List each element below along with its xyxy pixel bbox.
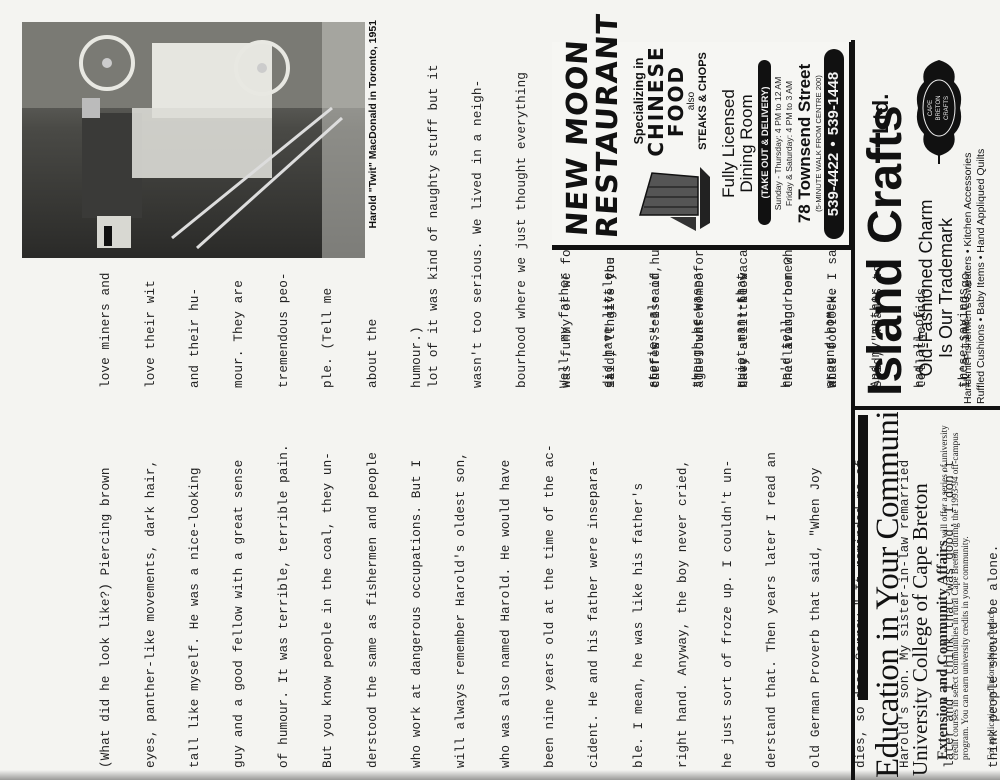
ad-address: 78 Townsend Street xyxy=(795,42,815,245)
ad-specialty: Specializing in CHINESE FOOD also STEAKS… xyxy=(632,45,709,157)
cape-breton-crafts-logo-icon: CAPE BRETON CRAFTS xyxy=(910,52,968,164)
article-column-left: (What did he look like?) Piercing brown … xyxy=(40,398,1000,768)
svg-text:BRETON: BRETON xyxy=(936,96,942,121)
ad-title: Education in Your Community xyxy=(870,412,906,778)
ad-island-crafts: Island Crafts Ltd. Old-Fashioned Charm I… xyxy=(858,44,1000,404)
ad-title-suffix: Ltd. xyxy=(868,94,894,134)
ad-licensed: Fully Licensed Dining Room xyxy=(720,42,756,245)
ad-vertical-divider xyxy=(851,406,1000,410)
chinese-junk-boat-icon xyxy=(630,162,714,237)
ad-phone-badge: 539-4422 • 539-1448 xyxy=(824,49,844,239)
ad-subtitle: University College of Cape Breton xyxy=(908,483,932,776)
ad-tagline: Old-Fashioned Charm Is Our Trademark xyxy=(916,188,956,388)
photo-image xyxy=(22,22,365,258)
ad-title: Island Crafts xyxy=(860,105,912,396)
photo-caption: Harold "Twit" MacDonald in Toronto, 1951 xyxy=(367,20,379,256)
ad-body: Extension and Community Affairs will off… xyxy=(938,420,971,760)
svg-text:CAPE: CAPE xyxy=(928,100,934,116)
ad-walk-note: (5-MINUTE WALK FROM CENTRE 200) xyxy=(814,42,823,245)
scan-edge-shadow xyxy=(0,770,1000,780)
ad-header-bar xyxy=(858,415,868,700)
ad-hours: Sunday - Thursday: 4 PM to 12 AM Friday … xyxy=(773,42,794,245)
ad-product-list: Handknit Fishermen's Sweaters • Kitchen … xyxy=(962,44,988,404)
photo-harold-with-carriage xyxy=(22,22,365,258)
ad-education-uccb: Education in Your Community University C… xyxy=(858,412,1000,780)
newspaper-page: Harold "Twit" MacDonald in Toronto, 1951… xyxy=(0,0,1000,780)
ad-band-divider xyxy=(851,40,855,780)
takeout-badge: (TAKE OUT & DELIVERY) xyxy=(758,60,771,225)
svg-text:CRAFTS: CRAFTS xyxy=(944,96,950,120)
ad-title: NEW MOON RESTAURANT xyxy=(562,40,622,239)
ad-contact: For application and information, contact… xyxy=(986,420,996,760)
ad-new-moon-restaurant: NEW MOON RESTAURANT Specializing in CHIN… xyxy=(552,42,854,250)
